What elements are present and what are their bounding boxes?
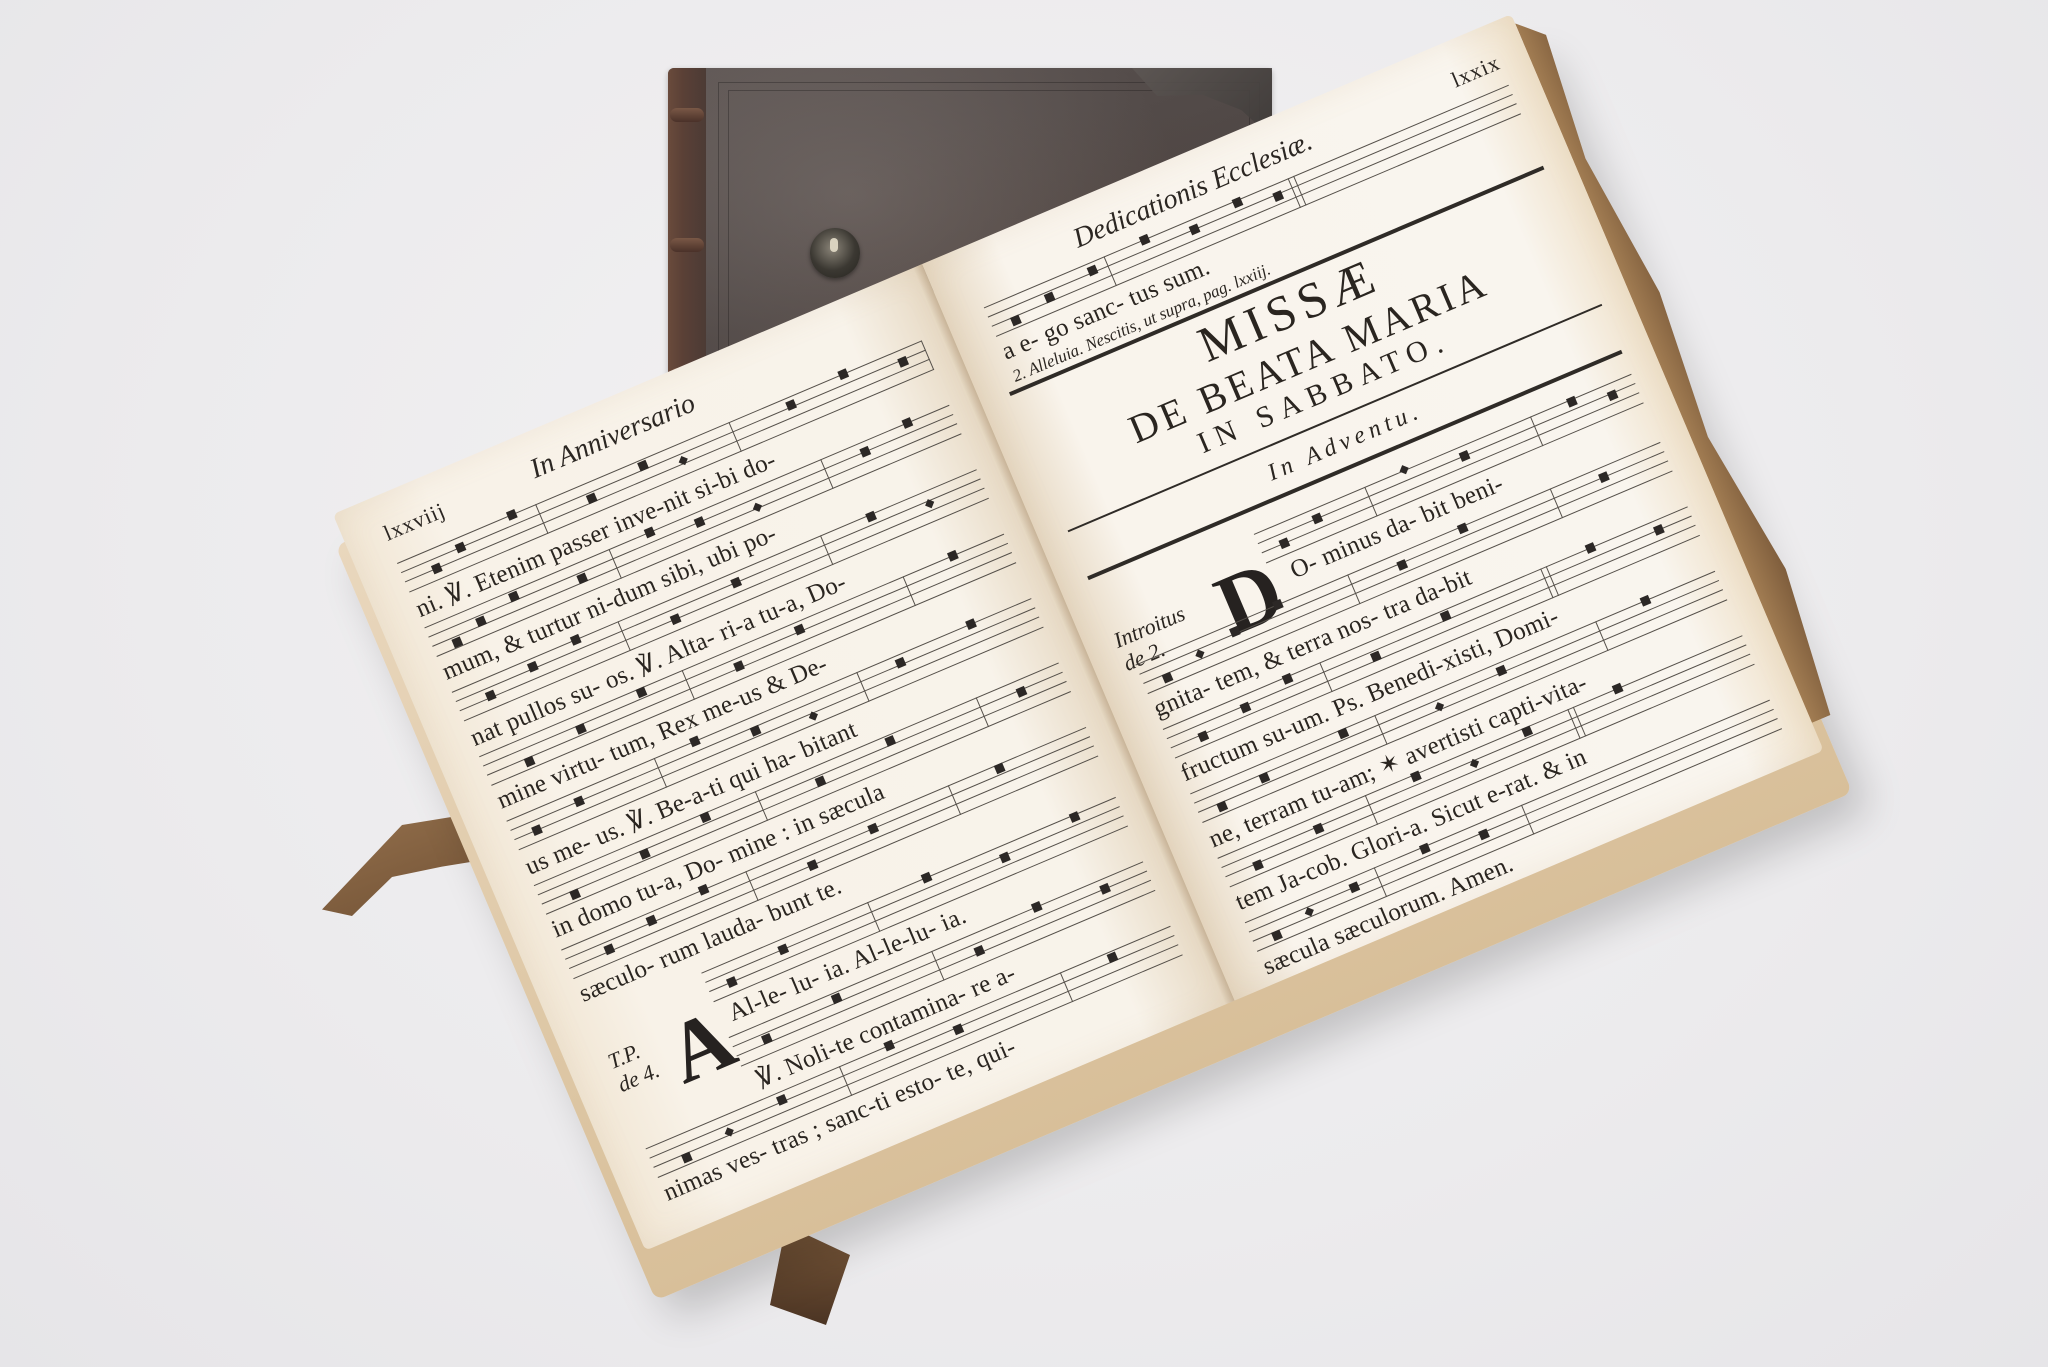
open-book: lxxviij In Anniversario ni. ℣. Etenim pa… (324, 10, 1857, 1310)
spine-band (670, 108, 704, 122)
rubric: T.P. de 4. (604, 1034, 663, 1097)
page-number: lxxviij (380, 497, 449, 546)
clasp-knob-icon (810, 228, 860, 278)
spine-band (670, 238, 704, 252)
photo-scene: lxxviij In Anniversario ni. ℣. Etenim pa… (0, 0, 2048, 1367)
page-number: lxxix (1448, 50, 1504, 94)
